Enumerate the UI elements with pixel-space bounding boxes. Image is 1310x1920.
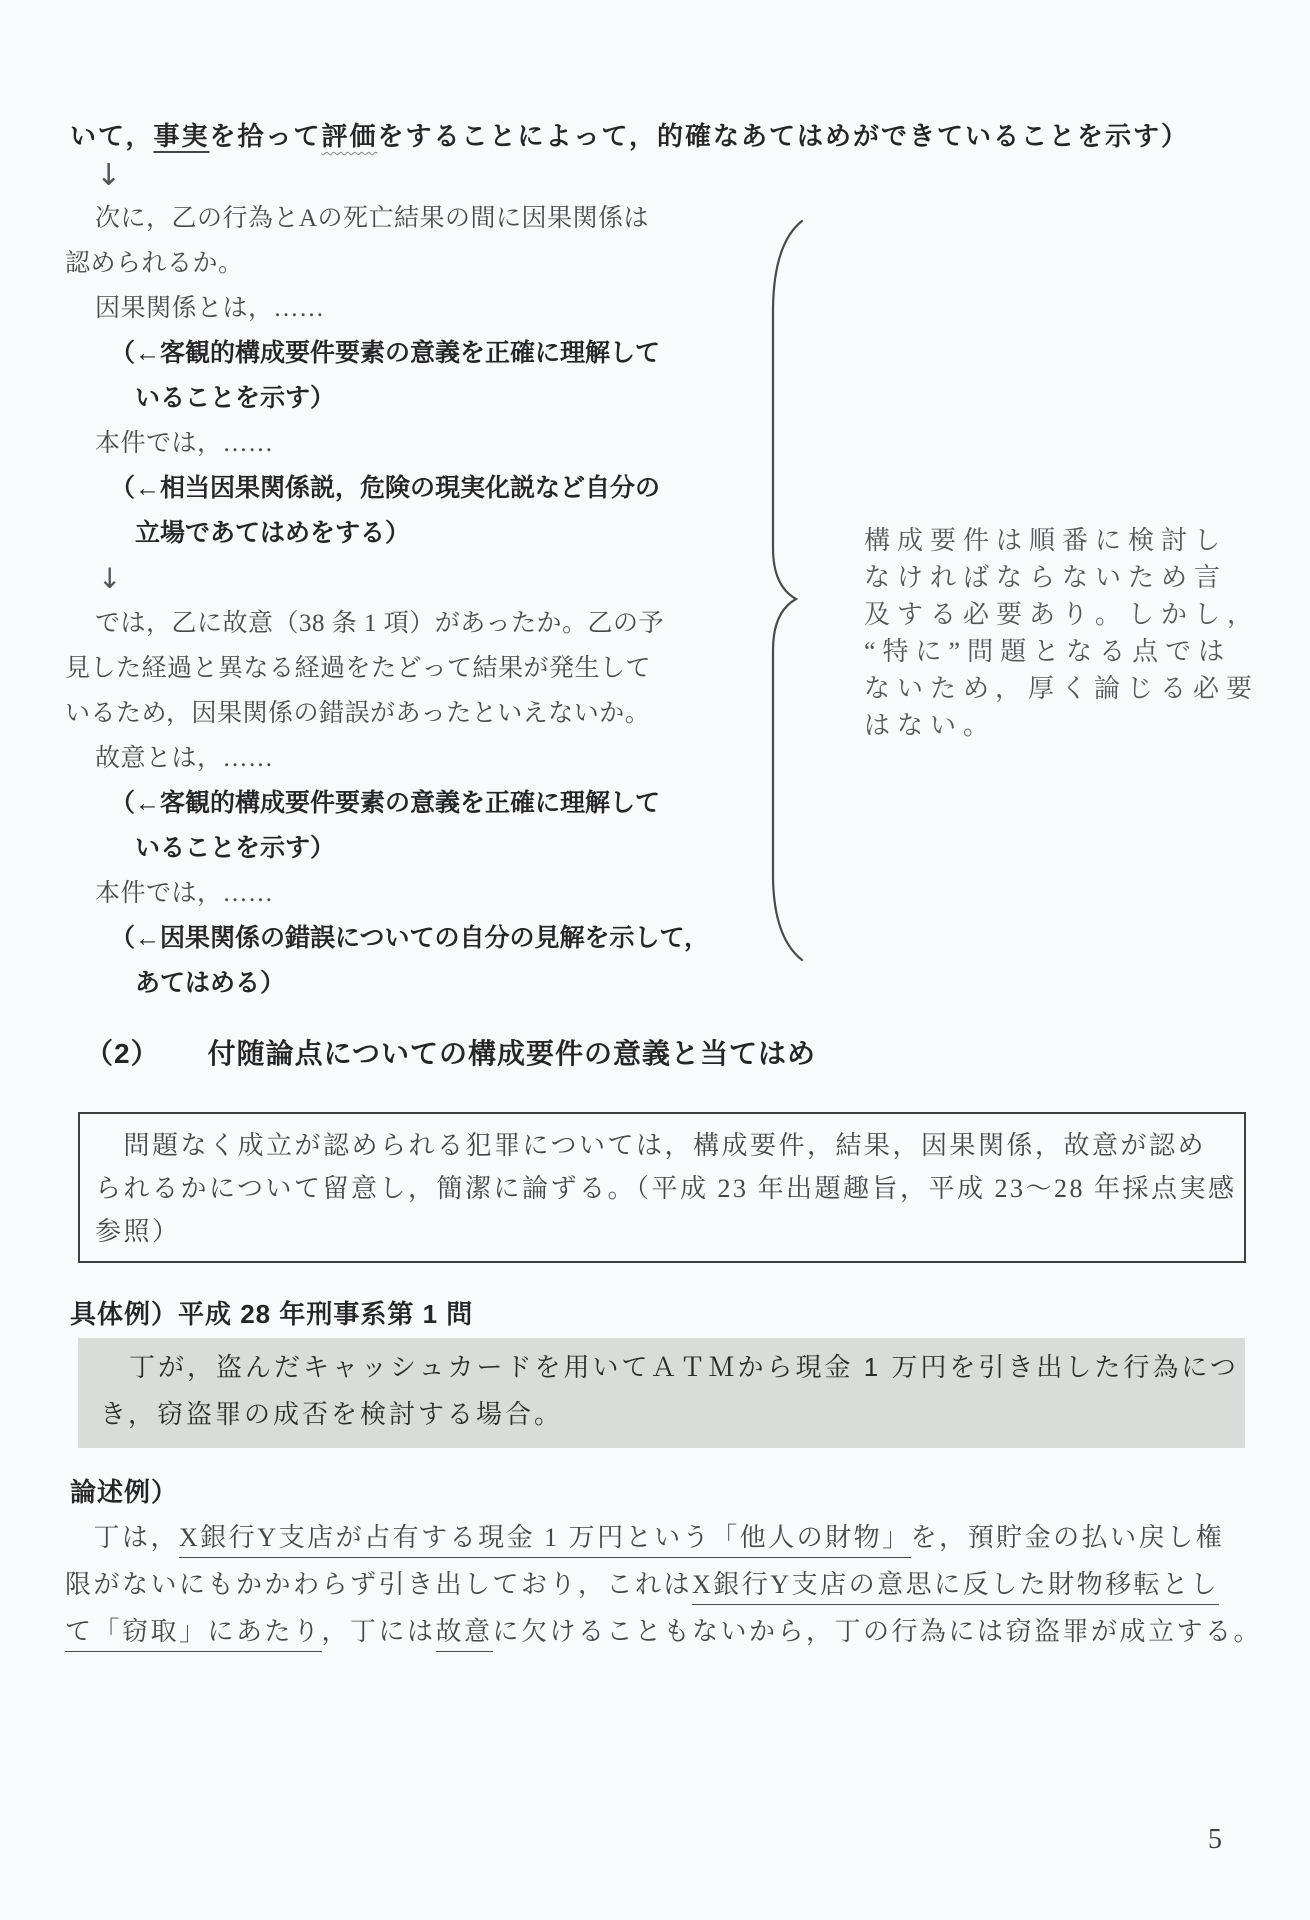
essay-text: 丁は，: [65, 1523, 179, 1552]
essay-label: 論述例）: [70, 1472, 178, 1509]
essay-underlined-text: X銀行Y支店の意思に反した財物移転とし: [692, 1570, 1219, 1605]
answer-flow-outline: 次に，乙の行為とAの死亡結果の間に因果関係は 認められるか。 因果関係とは，………: [65, 196, 665, 1006]
boxed-note-line: られるかについて留意し，簡潔に論ずる。（平成 23 年出題趣旨，平成 23～28…: [95, 1167, 1229, 1210]
carryover-underlined-hyoka: 評価: [322, 121, 378, 151]
flow-line: 本件では，……: [65, 421, 665, 466]
example-label: 具体例）平成 28 年刑事系第 1 問: [70, 1294, 473, 1331]
carryover-pre: いて，: [70, 121, 153, 151]
essay-text: 限がないにもかかわらず引き出しており，これは: [65, 1570, 692, 1599]
carryover-post: をすることによって，的確なあてはめができていることを示す）: [378, 121, 1189, 151]
flow-note-bold: （←客観的構成要件要素の意義を正確に理解して: [65, 331, 665, 376]
flow-line: 因果関係とは，……: [65, 286, 665, 331]
boxed-note: 問題なく成立が認められる犯罪については，構成要件，結果，因果関係，故意が認め ら…: [78, 1112, 1246, 1263]
flow-note-bold: （←相当因果関係説，危険の現実化説など自分の: [65, 466, 665, 511]
essay-line: て「窃取」にあたり，丁には故意に欠けることもないから，丁の行為には窃盗罪が成立す…: [65, 1608, 1265, 1655]
flow-line: 次に，乙の行為とAの死亡結果の間に因果関係は: [65, 196, 665, 241]
essay-line: 丁は，X銀行Y支店が占有する現金 1 万円という「他人の財物」を，預貯金の払い戻…: [65, 1514, 1265, 1561]
flow-note-bold: （←因果関係の錯誤についての自分の見解を示して，: [65, 916, 665, 961]
essay-line: 限がないにもかかわらず引き出しており，これはX銀行Y支店の意思に反した財物移転と…: [65, 1561, 1265, 1608]
flow-line: 認められるか。: [65, 241, 665, 286]
annotation-line: 及する必要あり。しかし，: [864, 596, 1274, 633]
flow-note-bold: 立場であてはめをする）: [65, 511, 665, 556]
section-heading: （2）付随論点についての構成要件の意義と当てはめ: [85, 1032, 816, 1072]
annotation-line: なければならないため言: [864, 559, 1274, 596]
down-arrow-icon: ↓: [65, 556, 665, 601]
boxed-note-line: 問題なく成立が認められる犯罪については，構成要件，結果，因果関係，故意が認め: [95, 1124, 1229, 1167]
page-number: 5: [1208, 1824, 1222, 1856]
flow-line: 見した経過と異なる経過をたどって結果が発生して: [65, 646, 665, 691]
boxed-note-line: 参照）: [95, 1210, 1229, 1253]
essay-text: に欠けることもないから，丁の行為には窃盗罪が成立する。: [493, 1617, 1263, 1646]
carryover-line: いて，事実を拾って評価をすることによって，的確なあてはめができていることを示す）: [70, 116, 1260, 153]
highlighted-example-line: き，窃盗罪の成否を検討する場合。: [78, 1391, 1245, 1438]
annotation-line: ないため，厚く論じる必要: [864, 670, 1274, 707]
curly-brace: [752, 218, 812, 963]
flow-line: 故意とは，……: [65, 736, 665, 781]
carryover-underlined-jijitsu: 事実: [153, 121, 209, 151]
essay-text: ，丁には: [322, 1617, 436, 1646]
scanned-document-page: いて，事実を拾って評価をすることによって，的確なあてはめができていることを示す）…: [0, 0, 1310, 1920]
margin-annotation: 構成要件は順番に検討し なければならないため言 及する必要あり。しかし， “特に…: [864, 522, 1274, 744]
down-arrow-icon: ↓: [96, 158, 121, 193]
flow-note-bold: あてはめる）: [65, 961, 665, 1006]
highlighted-example: 丁が，盗んだキャッシュカードを用いてＡＴＭから現金 1 万円を引き出した行為につ…: [78, 1338, 1245, 1448]
essay-underlined-text: て「窃取」にあたり: [65, 1617, 322, 1652]
flow-note-bold: （←客観的構成要件要素の意義を正確に理解して: [65, 781, 665, 826]
annotation-line: 構成要件は順番に検討し: [864, 522, 1274, 559]
highlighted-example-line: 丁が，盗んだキャッシュカードを用いてＡＴＭから現金 1 万円を引き出した行為につ: [78, 1344, 1245, 1391]
carryover-mid: を拾って: [210, 121, 322, 151]
section-number: （2）: [85, 1038, 160, 1069]
essay-text: を，預貯金の払い戻し権: [911, 1523, 1225, 1552]
flow-note-bold: いることを示す）: [65, 376, 665, 421]
flow-line: いるため，因果関係の錯誤があったといえないか。: [65, 691, 665, 736]
flow-note-bold: いることを示す）: [65, 826, 665, 871]
section-title: 付随論点についての構成要件の意義と当てはめ: [208, 1038, 816, 1069]
essay-underlined-text: 故意: [436, 1617, 493, 1652]
flow-line: 本件では，……: [65, 871, 665, 916]
annotation-line: “特に”問題となる点では: [864, 633, 1274, 670]
essay-paragraph: 丁は，X銀行Y支店が占有する現金 1 万円という「他人の財物」を，預貯金の払い戻…: [65, 1514, 1265, 1655]
flow-line: では，乙に故意（38 条 1 項）があったか。乙の予: [65, 601, 665, 646]
annotation-line: はない。: [864, 707, 1274, 744]
essay-underlined-text: X銀行Y支店が占有する現金 1 万円という「他人の財物」: [179, 1523, 911, 1558]
